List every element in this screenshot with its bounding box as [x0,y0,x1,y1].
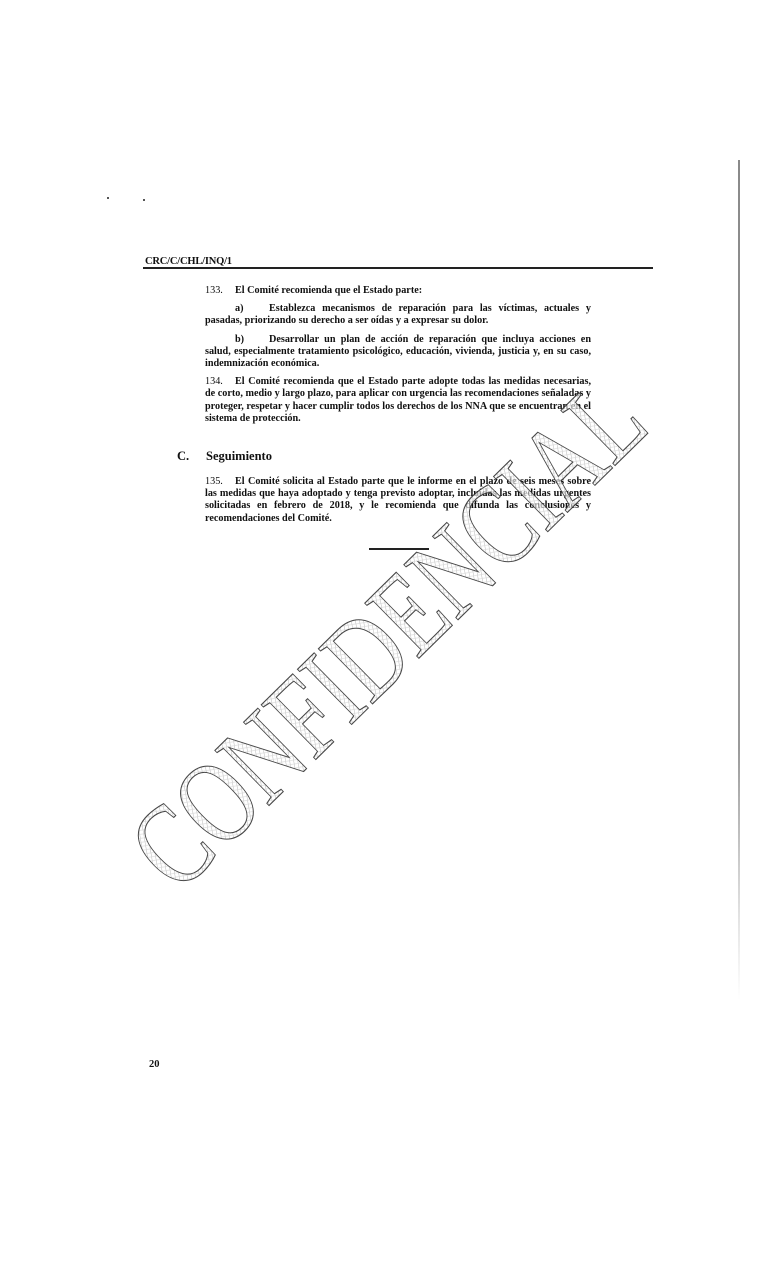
watermark-text: CONFIDENCIAL [104,354,670,914]
page-number: 20 [149,1059,160,1070]
paragraph-text: El Comité recomienda que el Estado parte… [205,376,591,424]
paragraph-133: 133.El Comité recomienda que el Estado p… [205,285,591,297]
paragraph-block-133-134: 133.El Comité recomienda que el Estado p… [205,285,591,431]
scan-edge-line [738,160,740,1000]
item-label: b) [235,334,269,346]
end-separator-line [369,548,429,550]
confidential-watermark: CONFIDENCIAL [0,0,778,1280]
paragraph-135: 135.El Comité solicita al Estado parte q… [205,476,591,525]
paragraph-text: El Comité solicita al Estado parte que l… [205,476,591,524]
header-rule [143,267,653,269]
section-title: Seguimiento [206,449,272,463]
paragraph-133-item-a: a)Establezca mecanismos de reparación pa… [205,303,591,327]
paragraph-number: 134. [205,376,235,388]
paragraph-text: El Comité recomienda que el Estado parte… [235,285,422,296]
paragraph-number: 135. [205,476,235,488]
scan-speck [107,197,109,199]
paragraph-133-item-b: b)Desarrollar un plan de acción de repar… [205,334,591,371]
section-letter: C. [177,449,206,464]
item-label: a) [235,303,269,315]
document-symbol: CRC/C/CHL/INQ/1 [145,256,232,267]
scan-speck [143,199,145,201]
section-heading: C.Seguimiento [177,449,272,464]
paragraph-number: 133. [205,285,235,297]
paragraph-134: 134.El Comité recomienda que el Estado p… [205,376,591,425]
paragraph-block-135: 135.El Comité solicita al Estado parte q… [205,476,591,531]
